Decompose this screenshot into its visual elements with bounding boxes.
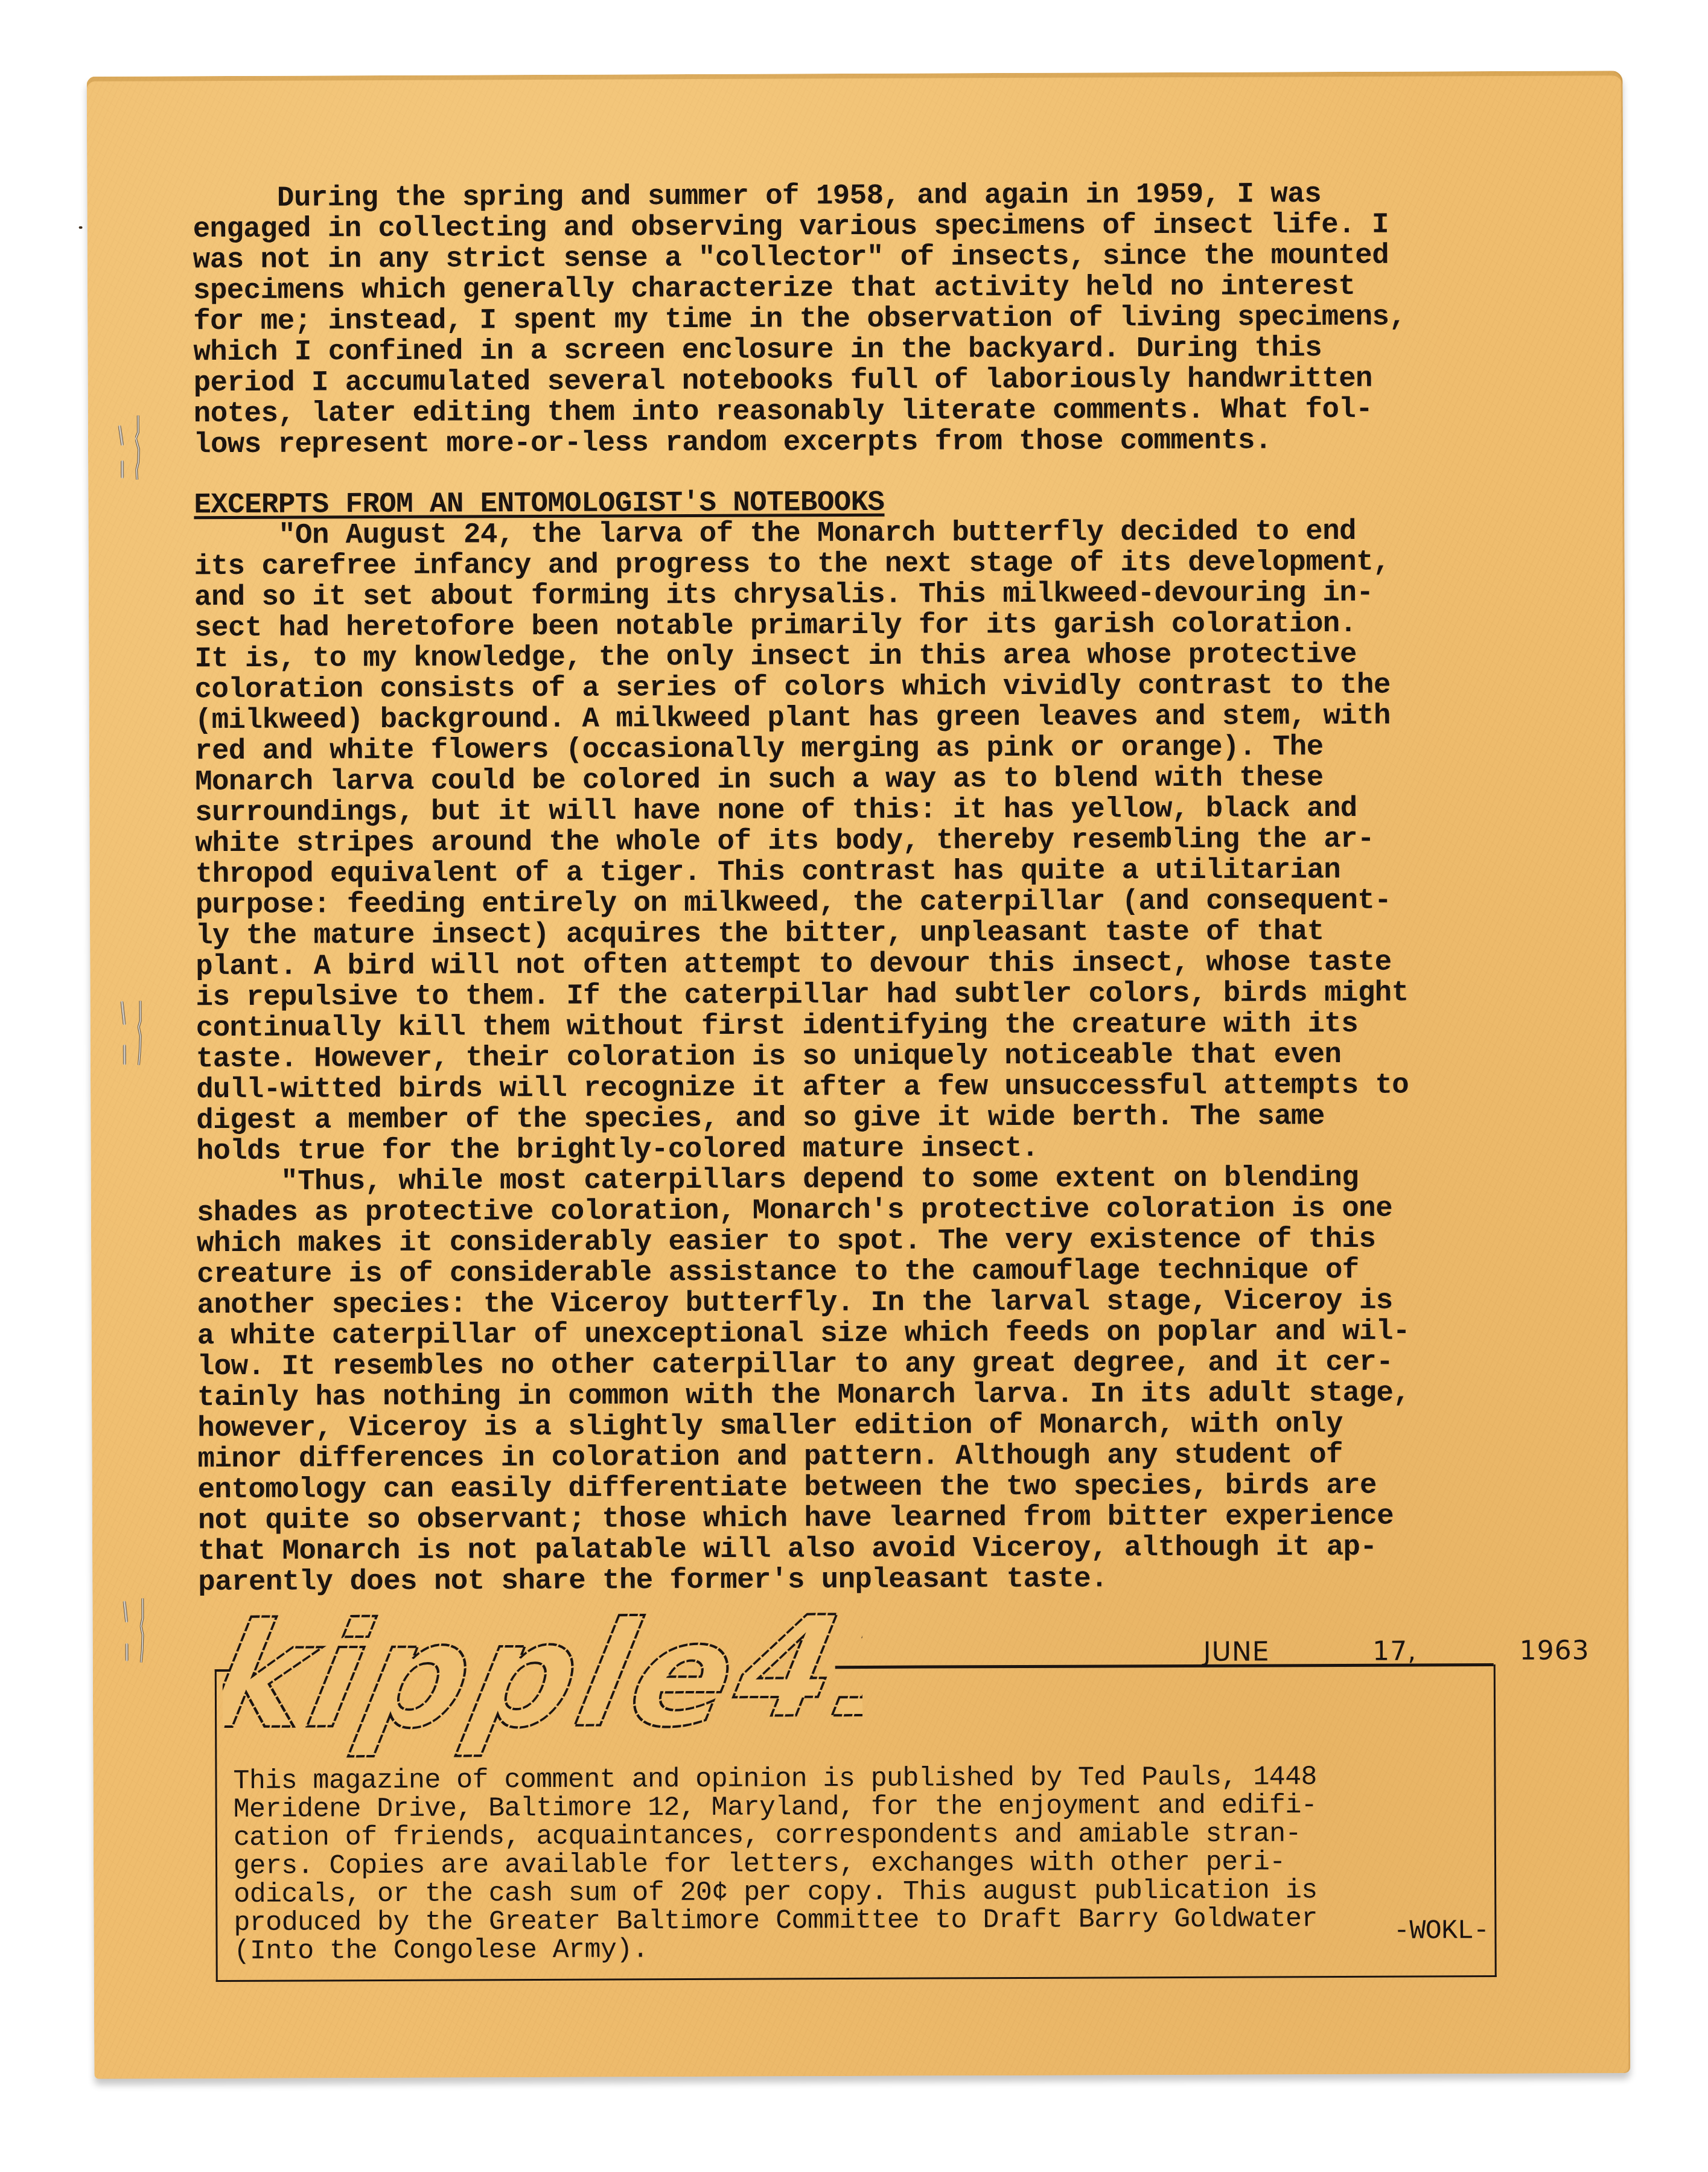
text-line: digest a member of the species, and so g… — [196, 1101, 1500, 1136]
staple-middle-icon — [119, 999, 156, 1066]
text-line: lows represent more-or-less random excer… — [194, 425, 1497, 460]
colophon-line: cation of friends, acquaintances, corres… — [234, 1819, 1489, 1852]
kipple-41-logo: kipple 41 — [222, 1600, 862, 1772]
colophon-line: produced by the Greater Baltimore Commit… — [234, 1904, 1489, 1937]
text-line: notes, later editing them into reasonabl… — [194, 394, 1497, 430]
staple-bottom-icon — [121, 1597, 158, 1663]
date-day: 17, — [1372, 1635, 1416, 1666]
colophon-last-row: (Into the Congolese Army). -WOKL- — [234, 1932, 1489, 1966]
svg-text:kipple: kipple — [222, 1600, 753, 1762]
colophon-text: This magazine of comment and opinion is … — [233, 1762, 1489, 1966]
excerpt-body: "On August 24, the larva of the Monarch … — [194, 516, 1502, 1598]
staple-top-icon — [117, 414, 153, 480]
signature: -WOKL- — [1394, 1917, 1490, 1946]
margin-mark — [79, 226, 83, 229]
text-line: parently does not share the former's unp… — [198, 1562, 1502, 1598]
text-line: that Monarch is not palatable will also … — [198, 1532, 1502, 1567]
date-year: 1963 — [1520, 1635, 1590, 1666]
excerpt-heading: EXCERPTS FROM AN ENTOMOLOGIST'S NOTEBOOK… — [194, 488, 884, 521]
date-month: JUNE — [1203, 1636, 1270, 1667]
fanzine-page: During the spring and summer of 1958, an… — [87, 71, 1631, 2079]
intro-paragraph: During the spring and summer of 1958, an… — [193, 179, 1497, 460]
issue-date: JUNE 17, 1963 — [1203, 1635, 1590, 1667]
colophon-line: (Into the Congolese Army). — [234, 1935, 648, 1966]
